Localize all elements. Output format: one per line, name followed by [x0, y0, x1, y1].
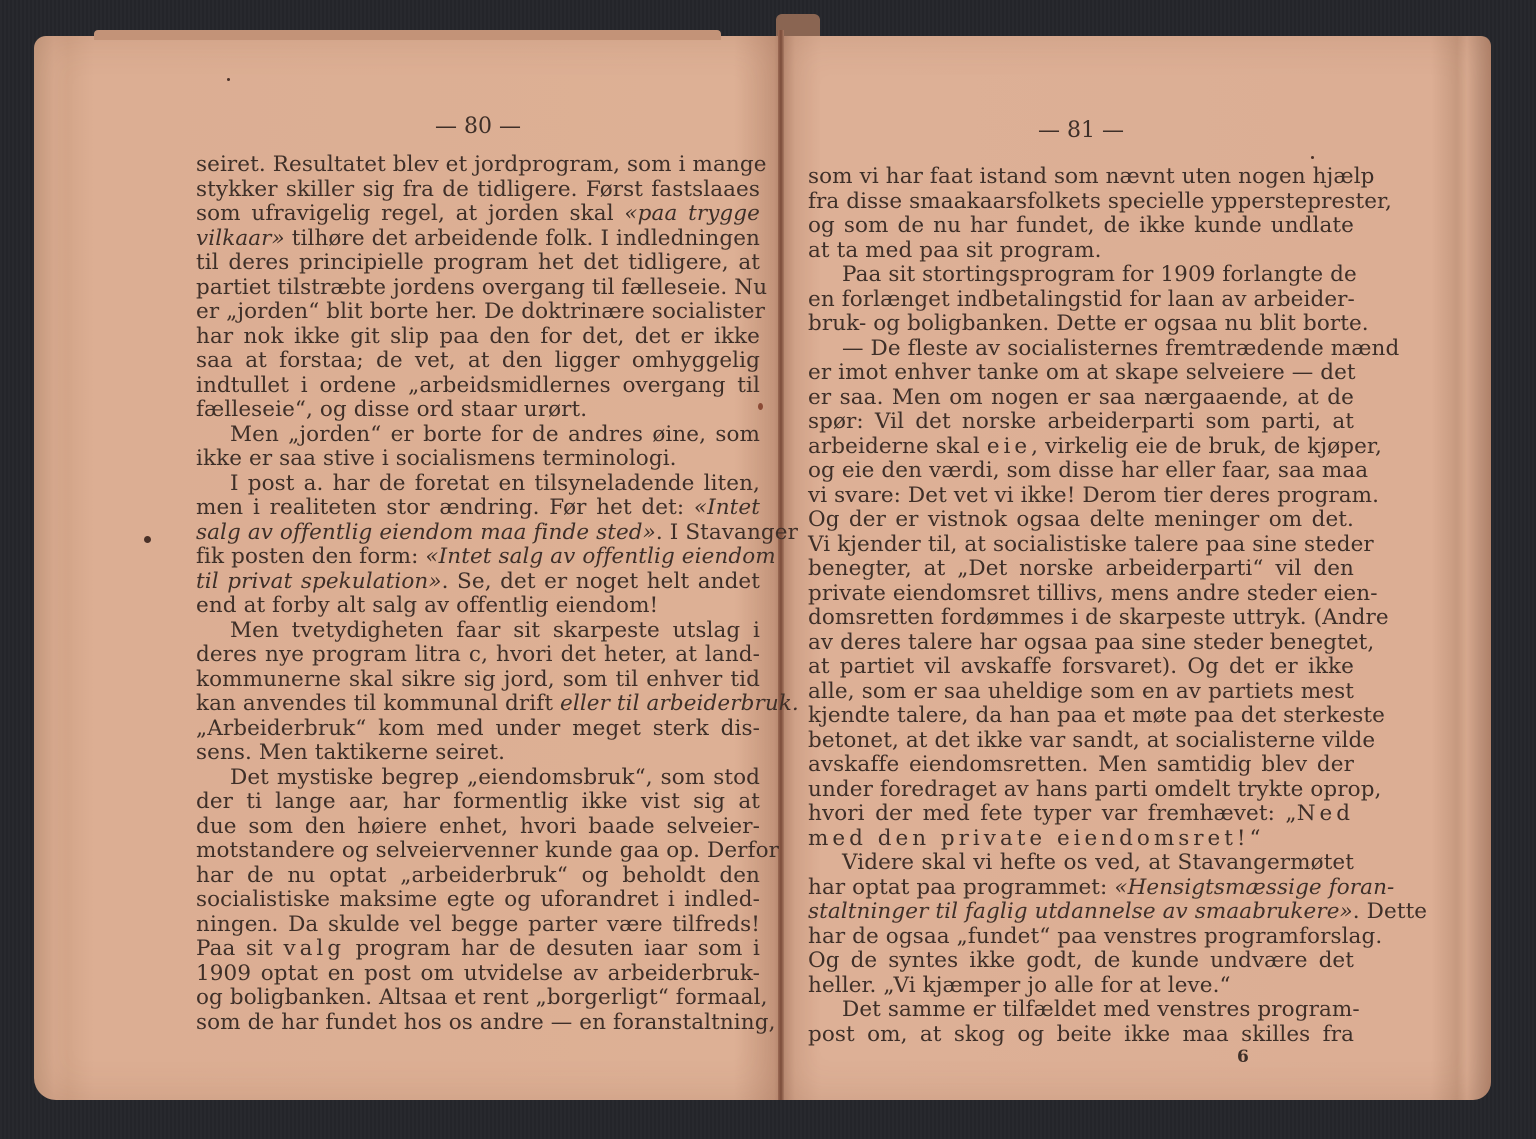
left_page-line: vilkaar» tilhøre det arbeidende folk. I … — [196, 227, 760, 252]
left_page-line: men i realiteten stor ændring. Før het d… — [196, 496, 760, 521]
right_page-line: betonet, at det ikke var sandt, at socia… — [808, 729, 1354, 754]
left_page-line: ikke er saa stive i socialismens termino… — [196, 447, 760, 472]
left_page-line: stykker skiller sig fra de tidligere. Fø… — [196, 178, 760, 203]
right_page-line: — De fleste av socialisternes fremtræden… — [808, 337, 1354, 362]
left_page-line: fik posten den form: «Intet salg av offe… — [196, 545, 760, 570]
left_page-line: til privat spekulation». Se, det er noge… — [196, 570, 760, 595]
left_page-line: Men tvetydigheten faar sit skarpeste uts… — [196, 619, 760, 644]
right_page-line: Det samme er tilfældet med venstres prog… — [808, 998, 1354, 1023]
right_page-line: private eiendomsret tillivs, mens andre … — [808, 582, 1354, 607]
left_page-line: kommunerne skal sikre sig jord, som til … — [196, 668, 760, 693]
left_page-line: partiet tilstræbte jordens overgang til … — [196, 276, 760, 301]
left_page-line: Men „jorden“ er borte for de andres øine… — [196, 423, 760, 448]
ink-speck — [227, 78, 230, 81]
left_page-line: der ti lange aar, har formentlig ikke vi… — [196, 790, 760, 815]
right_page-line: arbeiderne skal eie, virkelig eie de bru… — [808, 435, 1354, 460]
right_page-line: er saa. Men om nogen er saa nærgaaende, … — [808, 386, 1354, 411]
right_page-line: fra disse smaakaarsfolkets specielle ypp… — [808, 190, 1354, 215]
right_page-line: en forlænget indbetalingstid for laan av… — [808, 288, 1354, 313]
right_page-line: alle, som er saa uheldige som en av part… — [808, 680, 1354, 705]
right_page-line: avskaffe eiendomsretten. Men samtidig bl… — [808, 753, 1354, 778]
left_page-line: deres nye program litra c, hvori det het… — [196, 643, 760, 668]
left_page-line: Det mystiske begrep „eiendomsbruk“, som … — [196, 766, 760, 791]
right_page-line: post om, at skog og beite ikke maa skill… — [808, 1023, 1354, 1048]
left_page-line: sens. Men taktikerne seiret. — [196, 741, 760, 766]
left_page-line: har nok ikke git slip paa den for det, d… — [196, 325, 760, 350]
open-book: — 80 — — 81 — seiret. Resultatet blev et… — [34, 30, 1508, 1106]
right_page-line: spør: Vil det norske arbeiderparti som p… — [808, 410, 1354, 435]
left-page-body: seiret. Resultatet blev et jordprogram, … — [196, 153, 760, 1035]
left_page-line: ningen. Da skulde vel begge parter være … — [196, 913, 760, 938]
right_page-line: under foredraget av hans parti omdelt tr… — [808, 778, 1354, 803]
left_page-line: er „jorden“ blit borte her. De doktrinær… — [196, 300, 760, 325]
left_page-line: due som den høiere enhet, hvori baade se… — [196, 815, 760, 840]
left_page-line: indtullet i ordene „arbeidsmidlernes ove… — [196, 374, 760, 399]
right_page-line: har optat paa programmet: «Hensigtsmæssi… — [808, 876, 1354, 901]
right_page-line: av deres talere har ogsaa paa sine stede… — [808, 631, 1354, 656]
right_page-line: at ta med paa sit program. — [808, 239, 1354, 264]
right-page-body: som vi har faat istand som nævnt uten no… — [808, 165, 1354, 1047]
signature-mark: 6 — [1237, 1047, 1249, 1067]
right_page-line: Videre skal vi hefte os ved, at Stavange… — [808, 851, 1354, 876]
left_page-line: end at forby alt salg av offentlig eiend… — [196, 594, 760, 619]
left_page-line: „Arbeiderbruk“ kom med under meget sterk… — [196, 717, 760, 742]
ink-speck — [1311, 156, 1314, 159]
left_page-line: som ufravigelig regel, at jorden skal «p… — [196, 202, 760, 227]
right_page-line: Og der er vistnok ogsaa delte meninger o… — [808, 508, 1354, 533]
right_page-line: og som de nu har fundet, de ikke kunde u… — [808, 214, 1354, 239]
right_page-line: benegter, at „Det norske arbeiderparti“ … — [808, 557, 1354, 582]
left_page-line: socialistiske maksime egte og uforandret… — [196, 888, 760, 913]
left_page-line: fælleseie“, og disse ord staar urørt. — [196, 398, 760, 423]
left_page-line: salg av offentlig eiendom maa finde sted… — [196, 521, 760, 546]
right_page-line: kjendte talere, da han paa et møte paa d… — [808, 704, 1354, 729]
left_page-line: saa at forstaa; de vet, at den ligger om… — [196, 349, 760, 374]
left_page-line: I post a. har de foretat en tilsyneladen… — [196, 472, 760, 497]
right_page-line: Og de syntes ikke godt, de kunde undvære… — [808, 949, 1354, 974]
left_page-line: og boligbanken. Altsaa et rent „borgerli… — [196, 986, 760, 1011]
page-number-right: — 81 — — [808, 118, 1354, 143]
right_page-line: bruk- og boligbanken. Dette er ogsaa nu … — [808, 312, 1354, 337]
right_page-line: at partiet vil avskaffe forsvaret). Og d… — [808, 655, 1354, 680]
left_page-line: som de har fundet hos os andre — en fora… — [196, 1011, 760, 1036]
ink-speck — [144, 536, 151, 543]
right_page-line: vi svare: Det vet vi ikke! Derom tier de… — [808, 484, 1354, 509]
left_page-line: til deres principielle program het det t… — [196, 251, 760, 276]
right_page-line: staltninger til faglig utdannelse av sma… — [808, 900, 1354, 925]
left_page-line: kan anvendes til kommunal drift eller ti… — [196, 692, 760, 717]
right_page-line: Vi kjender til, at socialistiske talere … — [808, 533, 1354, 558]
right_page-line: og eie den værdi, som disse har eller fa… — [808, 459, 1354, 484]
right_page-line: domsretten fordømmes i de skarpeste uttr… — [808, 606, 1354, 631]
left-page-top-edge — [94, 30, 721, 40]
right_page-line: med den private eiendomsret!“ — [808, 827, 1354, 852]
right_page-line: heller. „Vi kjæmper jo alle for at leve.… — [808, 974, 1354, 999]
right_page-line: hvori der med fete typer var fremhævet: … — [808, 802, 1354, 827]
left_page-line: har de nu optat „arbeiderbruk“ og behold… — [196, 864, 760, 889]
left_page-line: motstandere og selveiervenner kunde gaa … — [196, 839, 760, 864]
page-number-left: — 80 — — [194, 114, 762, 139]
right_page-line: Paa sit stortingsprogram for 1909 forlan… — [808, 263, 1354, 288]
right_page-line: er imot enhver tanke om at skape selveie… — [808, 361, 1354, 386]
left_page-line: 1909 optat en post om utvidelse av arbei… — [196, 962, 760, 987]
left_page-line: Paa sit valg program har de desuten iaar… — [196, 937, 760, 962]
right_page-line: som vi har faat istand som nævnt uten no… — [808, 165, 1354, 190]
left_page-line: seiret. Resultatet blev et jordprogram, … — [196, 153, 760, 178]
right_page-line: har de ogsaa „fundet“ paa venstres progr… — [808, 925, 1354, 950]
book-gutter — [778, 30, 784, 1100]
